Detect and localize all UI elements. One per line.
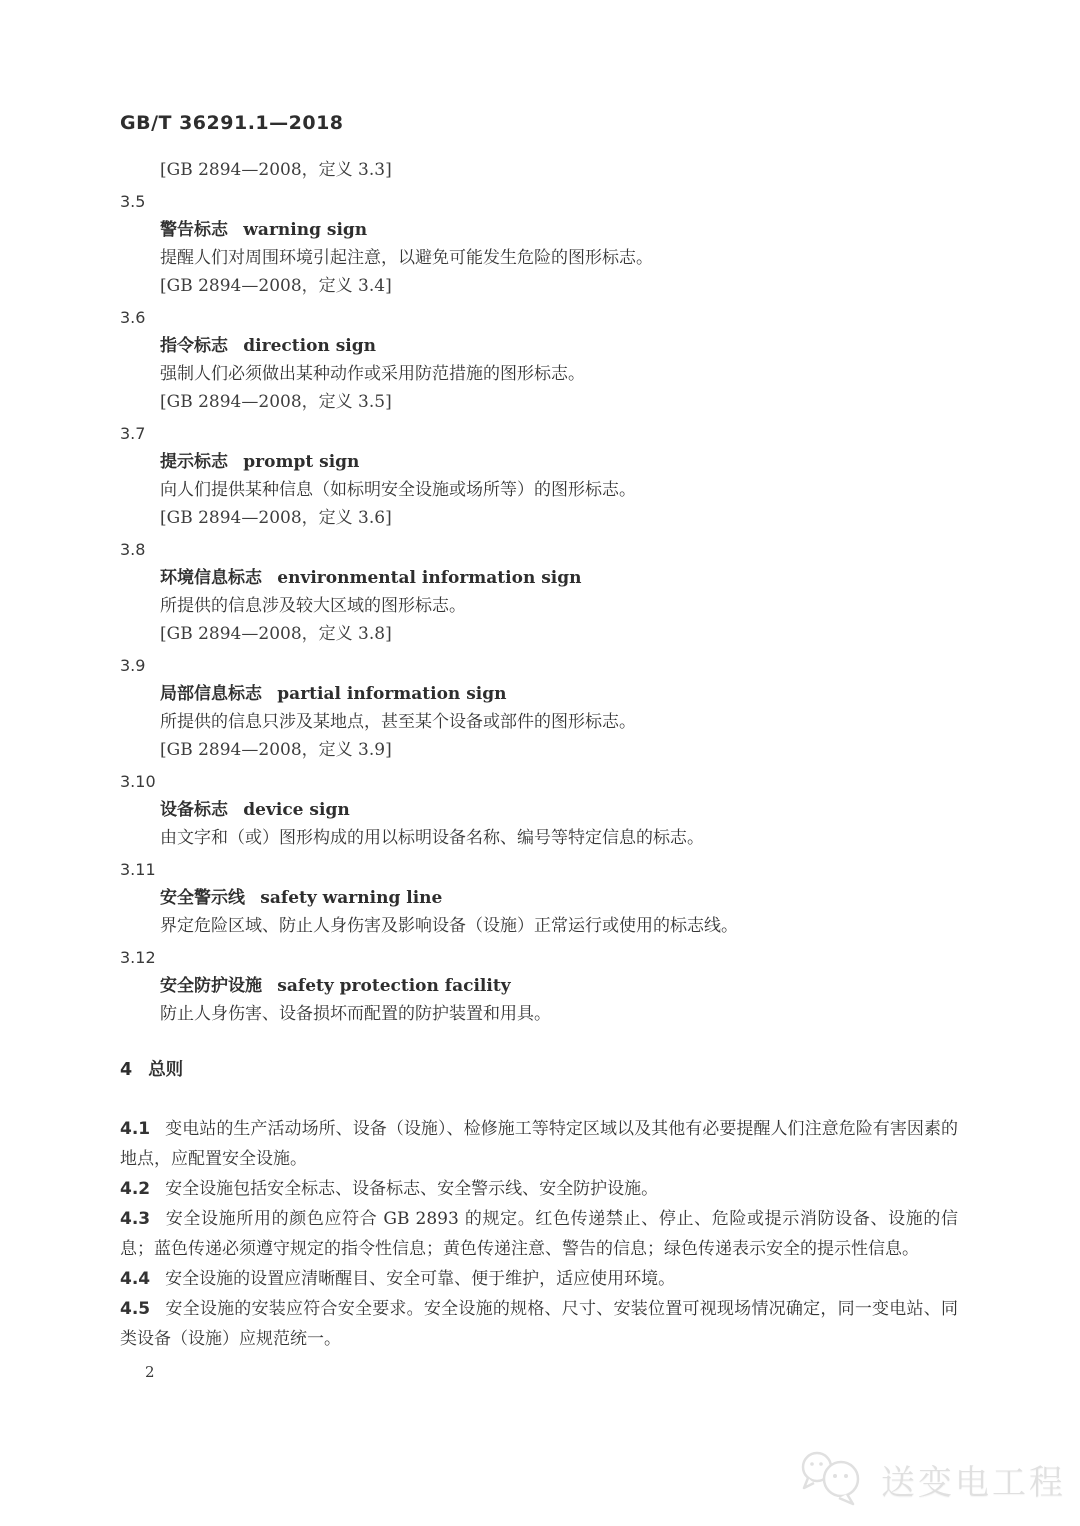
section-number: 4: [120, 1060, 132, 1080]
term-english: prompt sign: [243, 452, 359, 472]
term-chinese: 设备标志: [160, 800, 228, 820]
clause-4-3: 4.3安全设施所用的颜色应符合 GB 2893 的规定。红色传递禁止、停止、危险…: [120, 1204, 958, 1264]
definition-3-11: 3.11 安全警示线safety warning line 界定危险区域、防止人…: [120, 856, 958, 940]
source-citation: [GB 2894—2008，定义 3.5]: [120, 388, 958, 416]
clause-text: 安全设施所用的颜色应符合 GB 2893 的规定。红色传递禁止、停止、危险或提示…: [120, 1209, 958, 1259]
term-chinese: 安全防护设施: [160, 976, 262, 996]
term-english: direction sign: [243, 336, 376, 356]
definition-3-8: 3.8 环境信息标志environmental information sign…: [120, 536, 958, 648]
definition-text: 提醒人们对周围环境引起注意，以避免可能发生危险的图形标志。: [120, 244, 958, 272]
definition-3-10: 3.10 设备标志device sign 由文字和（或）图形构成的用以标明设备名…: [120, 768, 958, 852]
clause-4-2: 4.2安全设施包括安全标志、设备标志、安全警示线、安全防护设施。: [120, 1174, 958, 1204]
watermark-text: 送变电工程: [881, 1455, 1066, 1504]
clause-number: 4.1: [120, 1119, 150, 1139]
clause-text: 安全设施的设置应清晰醒目、安全可靠、便于维护，适应使用环境。: [165, 1269, 675, 1289]
term-english: warning sign: [243, 220, 367, 240]
term-chinese: 环境信息标志: [160, 568, 262, 588]
term-chinese: 局部信息标志: [160, 684, 262, 704]
definition-text: 由文字和（或）图形构成的用以标明设备名称、编号等特定信息的标志。: [120, 824, 958, 852]
definition-number: 3.7: [120, 420, 958, 448]
wechat-icon: [797, 1448, 871, 1510]
term-english: partial information sign: [277, 684, 506, 704]
definition-3-9: 3.9 局部信息标志partial information sign 所提供的信…: [120, 652, 958, 764]
definition-3-12: 3.12 安全防护设施safety protection facility 防止…: [120, 944, 958, 1028]
definition-text: 防止人身伤害、设备损坏而配置的防护装置和用具。: [120, 1000, 958, 1028]
definition-3-6: 3.6 指令标志direction sign 强制人们必须做出某种动作或采用防范…: [120, 304, 958, 416]
document-page: GB/T 36291.1—2018 [GB 2894—2008，定义 3.3] …: [0, 0, 1080, 1381]
term-chinese: 安全警示线: [160, 888, 245, 908]
section-title: 总则: [148, 1060, 183, 1080]
definition-term: 局部信息标志partial information sign: [120, 680, 958, 708]
definition-number: 3.5: [120, 188, 958, 216]
section-4-heading: 4总则: [120, 1056, 958, 1084]
definition-text: 所提供的信息只涉及某地点，甚至某个设备或部件的图形标志。: [120, 708, 958, 736]
term-english: environmental information sign: [277, 568, 581, 588]
definition-number: 3.6: [120, 304, 958, 332]
source-citation: [GB 2894—2008，定义 3.6]: [120, 504, 958, 532]
term-chinese: 提示标志: [160, 452, 228, 472]
definition-number: 3.11: [120, 856, 958, 884]
definition-number: 3.9: [120, 652, 958, 680]
definition-term: 提示标志prompt sign: [120, 448, 958, 476]
orphan-source-citation: [GB 2894—2008，定义 3.3]: [120, 156, 958, 184]
page-number: 2: [120, 1363, 958, 1381]
definition-term: 安全防护设施safety protection facility: [120, 972, 958, 1000]
term-chinese: 指令标志: [160, 336, 228, 356]
definition-term: 设备标志device sign: [120, 796, 958, 824]
standard-number-header: GB/T 36291.1—2018: [120, 112, 958, 134]
definition-number: 3.12: [120, 944, 958, 972]
term-english: safety warning line: [260, 888, 442, 908]
definition-text: 界定危险区域、防止人身伤害及影响设备（设施）正常运行或使用的标志线。: [120, 912, 958, 940]
definition-term: 警告标志warning sign: [120, 216, 958, 244]
source-citation: [GB 2894—2008，定义 3.4]: [120, 272, 958, 300]
definition-3-5: 3.5 警告标志warning sign 提醒人们对周围环境引起注意，以避免可能…: [120, 188, 958, 300]
clause-text: 变电站的生产活动场所、设备（设施）、检修施工等特定区域以及其他有必要提醒人们注意…: [120, 1119, 958, 1169]
definition-term: 安全警示线safety warning line: [120, 884, 958, 912]
definition-term: 环境信息标志environmental information sign: [120, 564, 958, 592]
definition-number: 3.8: [120, 536, 958, 564]
clause-number: 4.2: [120, 1179, 150, 1199]
definition-3-7: 3.7 提示标志prompt sign 向人们提供某种信息（如标明安全设施或场所…: [120, 420, 958, 532]
definition-text: 强制人们必须做出某种动作或采用防范措施的图形标志。: [120, 360, 958, 388]
watermark: 送变电工程: [797, 1448, 1066, 1510]
term-english: device sign: [243, 800, 349, 820]
source-citation: [GB 2894—2008，定义 3.8]: [120, 620, 958, 648]
definition-text: 所提供的信息涉及较大区域的图形标志。: [120, 592, 958, 620]
clause-4-5: 4.5安全设施的安装应符合安全要求。安全设施的规格、尺寸、安装位置可视现场情况确…: [120, 1294, 958, 1354]
clause-text: 安全设施的安装应符合安全要求。安全设施的规格、尺寸、安装位置可视现场情况确定，同…: [120, 1299, 958, 1349]
clause-number: 4.3: [120, 1209, 150, 1229]
definition-text: 向人们提供某种信息（如标明安全设施或场所等）的图形标志。: [120, 476, 958, 504]
definition-number: 3.10: [120, 768, 958, 796]
definition-term: 指令标志direction sign: [120, 332, 958, 360]
clause-4-1: 4.1变电站的生产活动场所、设备（设施）、检修施工等特定区域以及其他有必要提醒人…: [120, 1114, 958, 1174]
term-english: safety protection facility: [277, 976, 510, 996]
clause-text: 安全设施包括安全标志、设备标志、安全警示线、安全防护设施。: [165, 1179, 658, 1199]
source-citation: [GB 2894—2008，定义 3.9]: [120, 736, 958, 764]
term-chinese: 警告标志: [160, 220, 228, 240]
clause-number: 4.5: [120, 1299, 150, 1319]
clause-4-4: 4.4安全设施的设置应清晰醒目、安全可靠、便于维护，适应使用环境。: [120, 1264, 958, 1294]
clause-number: 4.4: [120, 1269, 150, 1289]
